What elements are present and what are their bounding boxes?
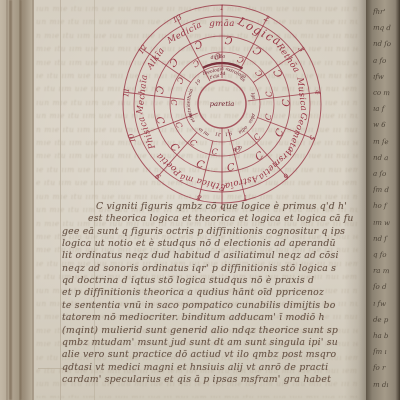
manuscript-text-line: qdtasi vt medici magni et hnsiuis alij v… bbox=[62, 362, 364, 373]
next-page-text-line: fhr' bbox=[373, 4, 397, 21]
next-page-text: fhr'mq dnd ſoa foıfwco mıa fw 6m ſend aa… bbox=[373, 4, 397, 396]
crescent-mark: Ɔ bbox=[170, 99, 179, 105]
next-page-text-line: nd ſ bbox=[373, 231, 397, 248]
wheel-inner-token: diffiōa bbox=[210, 54, 225, 61]
crescent-mark: Ɔ bbox=[175, 76, 186, 86]
crescent-mark: Ɔ bbox=[279, 99, 290, 107]
wheel-center-label: paretia bbox=[210, 100, 235, 108]
manuscript-text-line: (mqint) mulierid sunt generid alio ndqz … bbox=[62, 325, 364, 336]
crescent-mark: Ɔ bbox=[191, 59, 201, 70]
wheel-sector-number: 2 bbox=[262, 13, 271, 24]
next-page-text-line: w 6 bbox=[373, 117, 397, 134]
wheel-sector-number: 1 bbox=[220, 3, 225, 12]
crescent-mark: Ɔ bbox=[270, 68, 283, 80]
crescent-mark: Ɔ bbox=[224, 36, 233, 48]
manuscript-text-line: neqz ad sonoris ordinatus iqr' p diffini… bbox=[62, 263, 364, 274]
next-page-text-line: mq d bbox=[373, 20, 397, 37]
wheel-sector-number: 11 bbox=[121, 87, 131, 98]
manuscript-text-line: logica ut notio et è studqus nō d electi… bbox=[62, 238, 364, 249]
manuscript-text-line: te sententia vnū in saco pompatico cunab… bbox=[62, 300, 364, 311]
crescent-mark: Ɔ bbox=[226, 160, 235, 172]
wheel-sector-number: 4 bbox=[313, 88, 323, 95]
next-page-text-line: ıa f bbox=[373, 101, 397, 118]
crescent-mark: Ɔ bbox=[211, 146, 218, 156]
manuscript-text-line: alie vero sunt practice dō actiud vt ilo… bbox=[62, 349, 364, 360]
wheel-sector-number: 12 bbox=[136, 43, 149, 56]
wheel-inner-token: 14 bbox=[220, 71, 226, 77]
next-page-text-line: ra m bbox=[373, 263, 397, 280]
wheel-inner-token: 21 bbox=[214, 130, 222, 137]
manuscript-text-line: cardam' specularius et qis ā p ipsas msf… bbox=[62, 374, 364, 385]
next-page-text-line: nd a bbox=[373, 150, 397, 167]
wheel-sector-label: Ethica mā bbox=[179, 171, 229, 192]
next-page-text-line: q fo bbox=[373, 247, 397, 264]
next-page-text-line: ha b bbox=[373, 328, 397, 345]
wheel-sector-label: Musica bbox=[294, 76, 308, 112]
crescent-mark: Ɔ bbox=[189, 137, 199, 148]
manuscript-text-line: qmbz mtudam' msunt jud sunt dt am sunt s… bbox=[62, 337, 364, 348]
wheel-inner-token: 9.1 bbox=[224, 130, 232, 137]
wheel-inner-token: mi io bbox=[197, 126, 210, 137]
wheel-sector-label: Logica bbox=[235, 14, 285, 49]
next-page-text-line: ſm d bbox=[373, 182, 397, 199]
wheel-sector-label: gmāa bbox=[209, 19, 235, 29]
next-page-text-line: a fo bbox=[373, 52, 397, 69]
next-page-text-line: ſm ı bbox=[373, 344, 397, 361]
crescent-mark: Ɔ bbox=[155, 85, 168, 95]
crescent-mark: Ɔ bbox=[251, 131, 262, 142]
wheel-inner-token: 19 bbox=[194, 78, 202, 86]
wheel-sector-number: 13 bbox=[171, 12, 184, 25]
wheel-sector-label: Astroīa bbox=[223, 172, 259, 190]
manuscript-text-block: C vigniti figuris qmbz cō que logice è p… bbox=[62, 201, 364, 393]
crescent-mark: Ɔ bbox=[195, 156, 206, 169]
next-page-text-line: co m bbox=[373, 85, 397, 102]
next-page-text-line: ı fw bbox=[373, 295, 397, 312]
crescent-mark: Ɔ bbox=[193, 39, 204, 52]
wheel-inner-token: lga bbox=[249, 92, 257, 101]
next-page-text-line: ım w bbox=[373, 214, 397, 231]
manuscript-text-line: qd doctrina d iqtus stō logica studqus n… bbox=[62, 275, 364, 286]
manuscript-text-line: lit ordinatus neqz dud habitud d asiliat… bbox=[62, 250, 364, 261]
manuscript-text-line: et p diffinitionis theorica a qudius hān… bbox=[62, 287, 364, 298]
crescent-mark: Ɔ bbox=[263, 90, 273, 98]
wheel-inner-token: adia bbox=[237, 124, 249, 135]
next-page-text-line: ſo d bbox=[373, 279, 397, 296]
next-page-text-line: ho f bbox=[373, 198, 397, 215]
next-page-edge: fhr'mq dnd ſoa foıfwco mıa fw 6m ſend aa… bbox=[366, 0, 400, 400]
wheel-sector-number: 3 bbox=[296, 45, 306, 54]
crescent-mark: Ɔ bbox=[271, 126, 284, 138]
manuscript-text-line: gee eā sunt q figuris octris p diffiniti… bbox=[62, 226, 364, 237]
next-page-text-line: m ſe bbox=[373, 133, 397, 150]
next-page-text-line: de p bbox=[373, 312, 397, 329]
manuscript-photo: ıun mıe ıtu ıım uıe ıuu mıı ıue ııı nuı … bbox=[0, 0, 400, 400]
next-page-text-line: nd ſo bbox=[373, 36, 397, 53]
next-page-text-line: m dı bbox=[373, 376, 397, 393]
crescent-mark: Ɔ bbox=[253, 68, 264, 78]
crescent-mark: Ɔ bbox=[155, 115, 168, 126]
next-page-text-line: ıfw bbox=[373, 69, 397, 86]
manuscript-text-line: est theorica logica et theorica et logic… bbox=[62, 213, 390, 224]
next-page-text-line: fo r bbox=[373, 360, 397, 377]
next-page-text-line: a ſo bbox=[373, 166, 397, 183]
manuscript-text-line: tatorem nō mediocriter. binditum adducam… bbox=[62, 312, 364, 323]
crescent-mark: Ɔ bbox=[250, 45, 263, 59]
